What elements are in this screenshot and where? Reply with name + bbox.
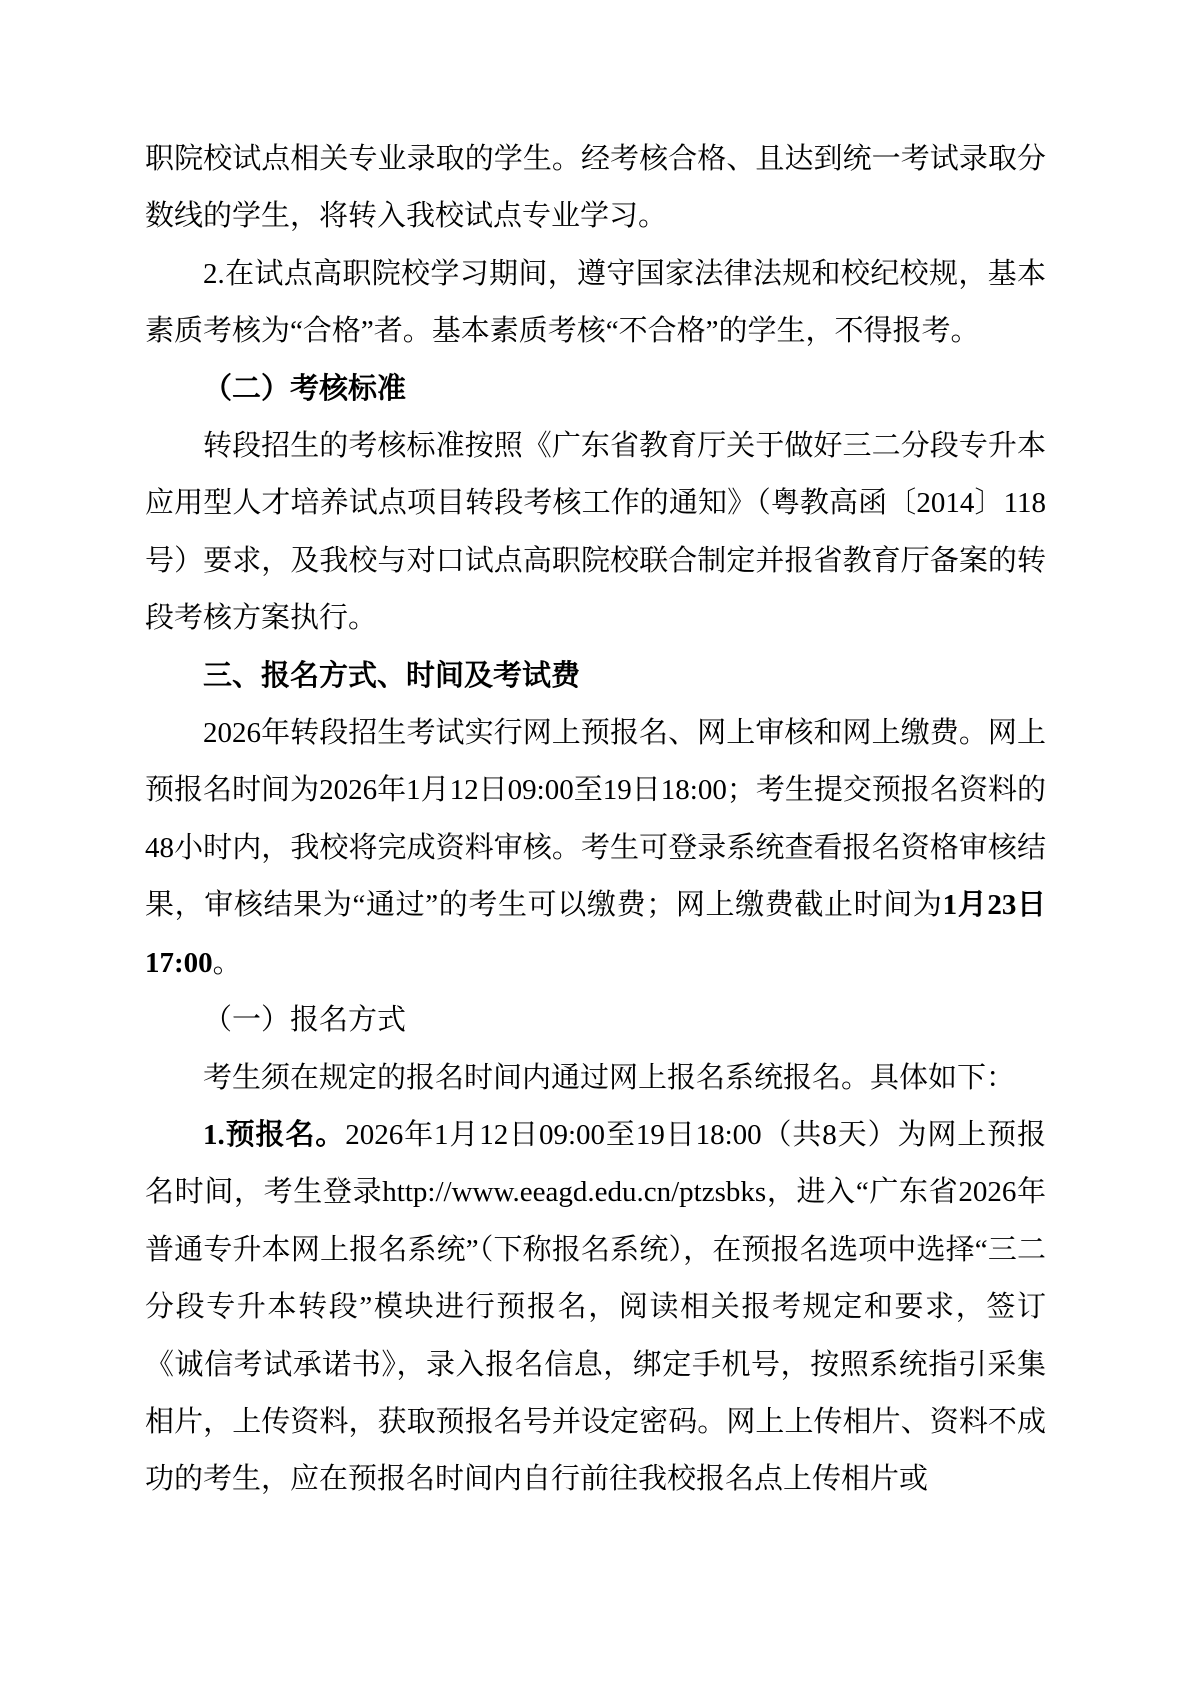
heading-registration-method: （一）报名方式 [145, 992, 1046, 1049]
text-run: ，进入“广东省2026年普通专升本网上报名系统”（下称报名系统），在预报名选项中… [145, 1176, 1046, 1495]
heading-assessment-criteria: （二）考核标准 [145, 361, 1046, 418]
para-pre-registration: 1.预报名。2026年1月12日09:00至19日18:00（共8天）为网上预报… [145, 1107, 1046, 1509]
text-run: 转段招生的考核标准按照《广东省教育厅关于做好三二分段专升本应用型人才培养试点项目… [145, 430, 1046, 634]
registration-url: http://www.eeagd.edu.cn/ptzsbks [382, 1176, 766, 1208]
document-body: 职院校试点相关专业录取的学生。经考核合格、且达到统一考试录取分数线的学生，将转入… [145, 131, 1046, 1509]
para-item-2-conduct-requirement: 2.在试点高职院校学习期间，遵守国家法律法规和校纪校规，基本素质考核为“合格”者… [145, 246, 1046, 361]
para-admission-continuation: 职院校试点相关专业录取的学生。经考核合格、且达到统一考试录取分数线的学生，将转入… [145, 131, 1046, 246]
text-run: （一）报名方式 [203, 1004, 406, 1036]
para-assessment-criteria: 转段招生的考核标准按照《广东省教育厅关于做好三二分段专升本应用型人才培养试点项目… [145, 418, 1046, 648]
text-run: 2026年转段招生考试实行网上预报名、网上审核和网上缴费。网上预报名时间为202… [145, 717, 1046, 921]
text-run: 1.预报名。 [203, 1119, 345, 1151]
heading-registration-method-time-fee: 三、报名方式、时间及考试费 [145, 648, 1046, 705]
para-registration-method-intro: 考生须在规定的报名时间内通过网上报名系统报名。具体如下： [145, 1050, 1046, 1107]
para-registration-overview: 2026年转段招生考试实行网上预报名、网上审核和网上缴费。网上预报名时间为202… [145, 705, 1046, 992]
text-run: （二）考核标准 [203, 373, 406, 405]
text-run: 职院校试点相关专业录取的学生。经考核合格、且达到统一考试录取分数线的学生，将转入… [145, 143, 1046, 232]
text-run: 三、报名方式、时间及考试费 [203, 660, 580, 692]
text-run: 。 [213, 947, 242, 979]
document-page: 职院校试点相关专业录取的学生。经考核合格、且达到统一考试录取分数线的学生，将转入… [0, 0, 1191, 1684]
text-run: 2.在试点高职院校学习期间，遵守国家法律法规和校纪校规，基本素质考核为“合格”者… [145, 258, 1046, 347]
text-run: 考生须在规定的报名时间内通过网上报名系统报名。具体如下： [203, 1062, 1015, 1094]
